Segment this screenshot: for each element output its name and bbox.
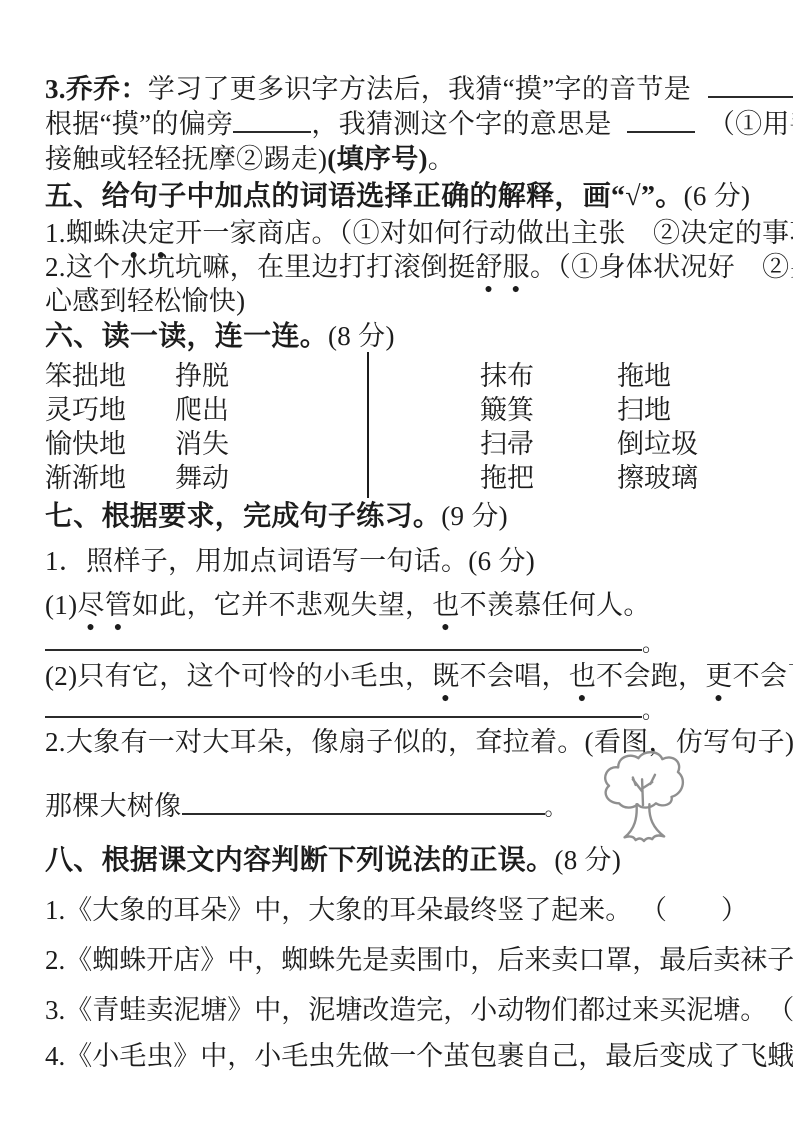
s7-s2-post: 不会飞。 [733,661,793,691]
s7-s1-mid: 如此，它并不悲观失望， [132,590,432,620]
s7-s2-mid1: 不会唱， [460,661,569,691]
match-word[interactable]: 消失 [175,422,480,456]
section-5-item-2-cont: 心感到轻松愉快) [45,284,245,318]
answer-blank-sentence-2[interactable] [45,692,642,718]
answer-blank-pinyin [708,72,793,98]
match-word[interactable]: 抹布 [480,354,617,388]
match-word[interactable]: 扫帚 [480,422,617,456]
s7-s2-dotted-2: 也 [569,661,596,691]
tf-statement: 3.《青蛙卖泥塘》中，泥塘改造完，小动物们都过来买泥塘。 [45,993,767,1027]
question-3-text-1: 学习了更多识字方法后，我猜“摸”字的音节是 [148,74,691,104]
question-3-text-2c: （①用手 [708,109,793,139]
s5-i2-post: 。（①身体状况好 ②身 [530,252,793,282]
section-7-score: (9 分) [441,501,508,531]
question-3-fill-note: (填序号) [327,144,427,174]
tf-statement: 1.《大象的耳朵》中，大象的耳朵最终竖了起来。 [45,893,632,927]
match-word[interactable]: 倒垃圾 [617,422,750,456]
match-word[interactable]: 笨拙地 [45,354,175,388]
match-word[interactable]: 拖把 [480,456,617,490]
s7-s1-dotted-2: 也 [432,590,459,620]
tree-branches [633,775,655,805]
question-3-text-2a: 根据“摸”的偏旁 [45,109,233,139]
s7-s3-lead: 那棵大树像 [45,791,182,821]
section-8-score: (8 分) [554,845,621,875]
answer-line-1: 。 [45,625,664,661]
tf-statement: 4.《小毛虫》中，小毛虫先做一个茧包裹自己，最后变成了飞蛾。 [45,1039,793,1073]
tf-answer-parens[interactable]: （ ） [767,993,793,1027]
s5-i2-line2: 心感到轻松愉快) [45,286,245,316]
s5-i2-dotted-word: 舒服 [475,252,530,282]
divider-line [367,352,369,498]
s7-s2-dotted-3: 更 [705,661,732,691]
tf-answer-parens[interactable]: （ ） [640,893,748,927]
section-8-heading: 八、根据课文内容判断下列说法的正误。(8 分) [45,843,621,878]
section-8-title: 八、根据课文内容判断下列说法的正误。 [45,845,554,876]
s5-i1-dotted-word: 决定 [120,218,175,248]
section-7-heading: 七、根据要求，完成句子练习。(9 分) [45,499,508,534]
section-5-title: 五、给句子中加点的词语选择正确的解释，画“√”。 [45,181,684,212]
s7-s2-pre: (2)只有它，这个可怜的小毛虫， [45,661,432,691]
tree-trunk [625,804,665,841]
true-false-item-1: 1.《大象的耳朵》中，大象的耳朵最终竖了起来。 （ ） [45,893,748,927]
answer-line-1-period: 。 [642,631,664,656]
answer-blank-sentence-1[interactable] [45,625,642,651]
match-word[interactable]: 舞动 [175,456,480,490]
true-false-item-3: 3.《青蛙卖泥塘》中，泥塘改造完，小动物们都过来买泥塘。 （ ） [45,993,748,1027]
section-6-heading: 六、读一读，连一连。(8 分) [45,319,395,354]
exam-paper-page: 3.乔乔：学习了更多识字方法后，我猜“摸”字的音节是 ； 根据“摸”的偏旁，我猜… [0,0,793,1122]
section-5-heading: 五、给句子中加点的词语选择正确的解释，画“√”。(6 分) [45,179,750,214]
s7-s2-dotted-1: 既 [432,661,459,691]
match-word[interactable]: 愉快地 [45,422,175,456]
question-3-speaker: 3.乔乔： [45,74,148,104]
answer-line-2-period: 。 [642,698,664,723]
answer-blank-meaning [627,107,695,133]
answer-line-3-period: 。 [545,795,567,820]
match-word[interactable]: 簸箕 [480,388,617,422]
match-word[interactable]: 擦玻璃 [617,456,750,490]
tree-illustration [597,747,689,855]
true-false-item-2: 2.《蜘蛛开店》中，蜘蛛先是卖围巾，后来卖口罩，最后卖袜子。 （ ） [45,943,748,977]
section-7-sub-1: 1．照样子，用加点词语写一句话。(6 分) [45,544,535,578]
match-word[interactable]: 拖地 [617,354,750,388]
question-3-text-3a: 接触或轻轻抚摩②踢走) [45,144,327,174]
section-7-sentence-3: 那棵大树像。 [45,789,567,825]
match-word[interactable]: 挣脱 [175,354,480,388]
section-6-score: (8 分) [328,321,395,351]
s7-s1-dotted-1: 尽管 [77,590,132,620]
section-6-title: 六、读一读，连一连。 [45,321,328,352]
section-7-title: 七、根据要求，完成句子练习。 [45,501,441,532]
question-3-line-3: 接触或轻轻抚摩②踢走)(填序号)。 [45,142,455,176]
match-word[interactable]: 渐渐地 [45,456,175,490]
answer-blank-sentence-3[interactable] [182,789,545,815]
s7-s2-mid2: 不会跑， [596,661,705,691]
match-word[interactable]: 爬出 [175,388,480,422]
s7-sub1-text: 1．照样子，用加点词语写一句话。(6 分) [45,546,535,576]
s7-s1-post: 不羡慕任何人。 [460,590,651,620]
answer-blank-radical [233,107,311,133]
matching-exercise-grid: 笨拙地 挣脱 抹布 拖地 灵巧地 爬出 簸箕 扫地 愉快地 消失 扫帚 倒垃圾 … [45,354,750,490]
question-3-period: 。 [428,144,455,174]
section-5-score: (6 分) [684,181,751,211]
match-word[interactable]: 扫地 [617,388,750,422]
question-3-line-2: 根据“摸”的偏旁，我猜测这个字的意思是 （①用手 [45,107,793,141]
tf-statement: 2.《蜘蛛开店》中，蜘蛛先是卖围巾，后来卖口罩，最后卖袜子。 [45,943,793,977]
question-3-line-1: 3.乔乔：学习了更多识字方法后，我猜“摸”字的音节是 ； [45,72,793,106]
true-false-item-4: 4.《小毛虫》中，小毛虫先做一个茧包裹自己，最后变成了飞蛾。 （ ） [45,1039,748,1073]
question-3-text-2b: ，我猜测这个字的意思是 [311,109,611,139]
answer-line-2: 。 [45,692,664,728]
match-word[interactable]: 灵巧地 [45,388,175,422]
s5-i2-pre: 2.这个水坑坑嘛，在里边打打滚倒挺 [45,252,475,282]
s7-s1-pre: (1) [45,590,77,620]
tree-canopy [605,752,683,807]
s5-i1-pre: 1.蜘蛛 [45,218,120,248]
s5-i1-post: 开一家商店。（①对如何行动做出主张 ②决定的事项) [175,218,793,248]
